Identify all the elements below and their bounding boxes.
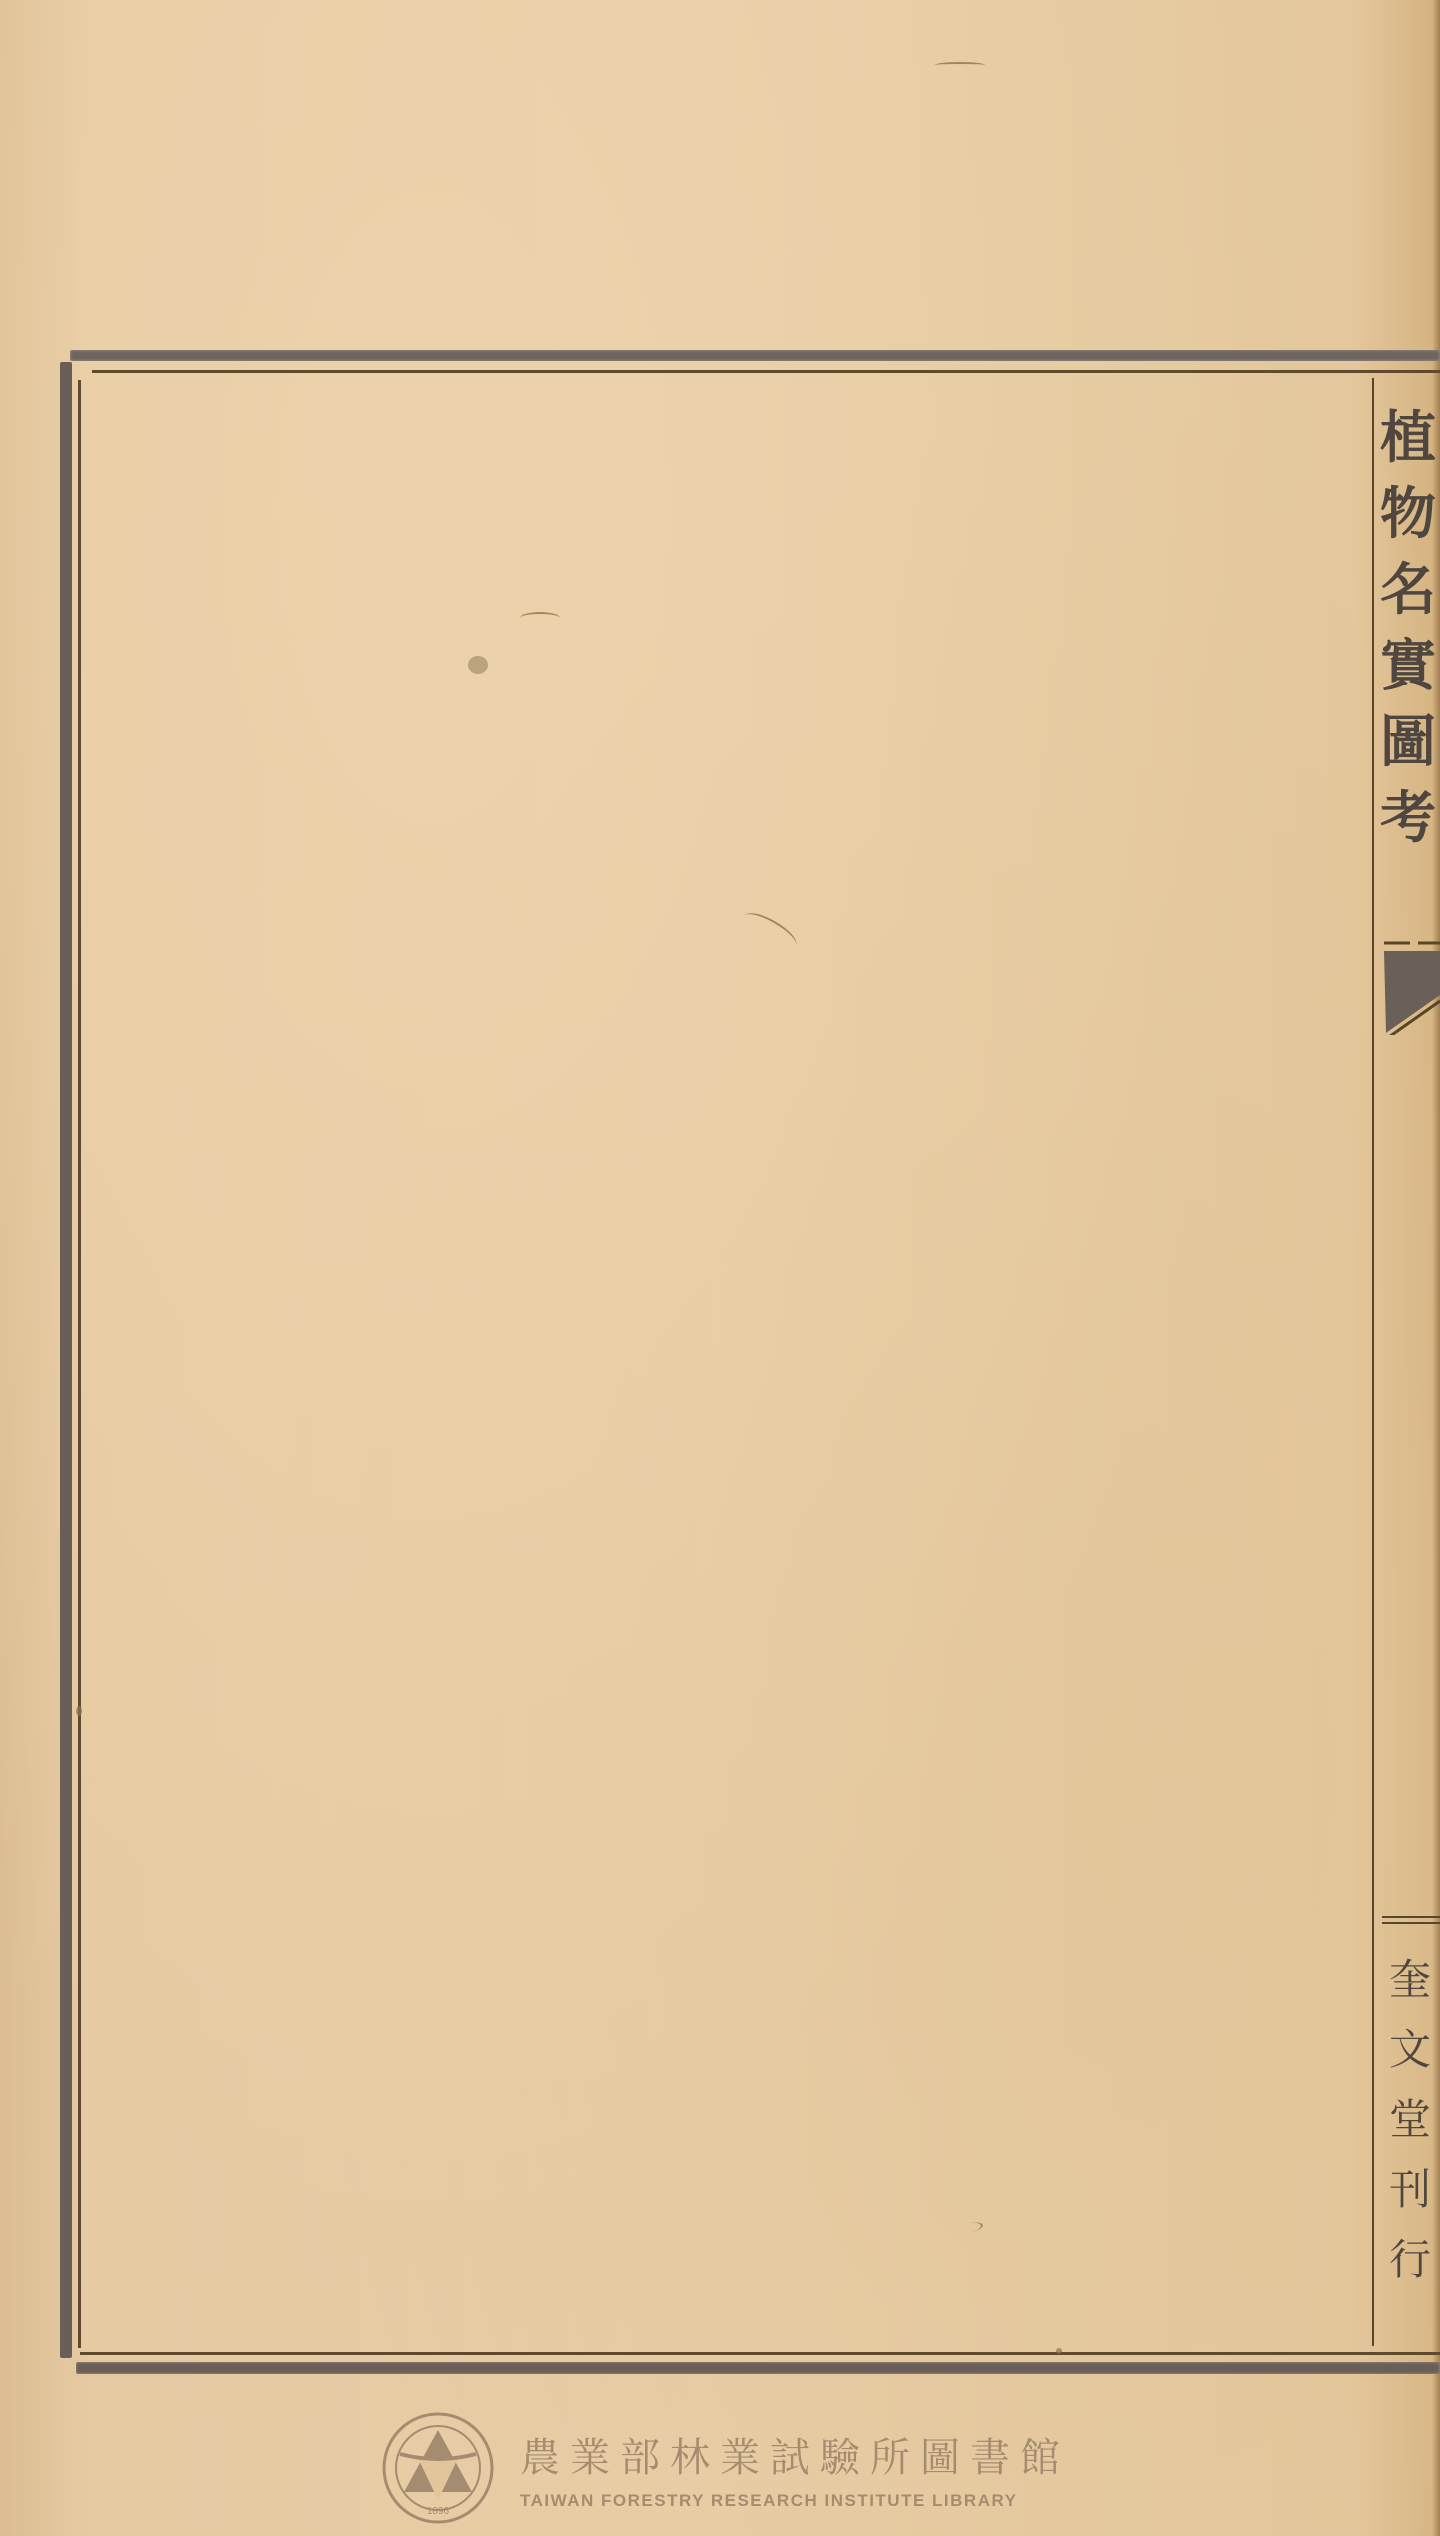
fishtail-mark-icon (1380, 935, 1440, 1035)
library-name-english: TAIWAN FORESTRY RESEARCH INSTITUTE LIBRA… (520, 2491, 1070, 2511)
publisher-column: 奎 文 堂 刊 行 (1380, 1945, 1440, 2295)
publisher-char: 堂 (1389, 2085, 1431, 2155)
title-char: 圖 (1376, 704, 1440, 780)
frame-top-border (70, 350, 1440, 361)
frame-inner-top-line (92, 370, 1440, 373)
book-title-column: 植 物 名 實 圖 考 (1376, 400, 1440, 856)
publisher-rule (1382, 1916, 1440, 1918)
title-char: 名 (1376, 552, 1440, 628)
paper-fiber (520, 612, 560, 624)
publisher-char: 奎 (1389, 1945, 1431, 2015)
library-name-chinese: 農業部林業試驗所圖書館 (520, 2426, 1070, 2483)
frame-left-border (60, 362, 72, 2358)
title-char: 物 (1376, 476, 1440, 552)
title-char: 植 (1376, 400, 1440, 476)
paper-speck (76, 1706, 82, 1716)
paper-fiber (739, 906, 802, 955)
paper-fiber (935, 62, 985, 68)
frame-bottom-border (76, 2362, 1440, 2374)
publisher-char: 行 (1389, 2225, 1431, 2295)
svg-text:1896: 1896 (427, 2506, 450, 2517)
title-char: 考 (1376, 780, 1440, 856)
publisher-rule (1382, 1922, 1440, 1924)
frame-inner-bottom-line (80, 2352, 1440, 2355)
paper-fiber (950, 2220, 983, 2235)
paper-speck (1056, 2348, 1062, 2354)
library-watermark: 1896 農業部林業試驗所圖書館 TAIWAN FORESTRY RESEARC… (378, 2408, 1070, 2528)
banxin-divider-line (1372, 378, 1374, 2346)
publisher-char: 文 (1389, 2015, 1431, 2085)
title-char: 實 (1376, 628, 1440, 704)
institute-seal-icon: 1896 (378, 2408, 498, 2528)
paper-stain (468, 656, 488, 674)
publisher-char: 刊 (1389, 2155, 1431, 2225)
frame-inner-left-line (78, 380, 81, 2348)
